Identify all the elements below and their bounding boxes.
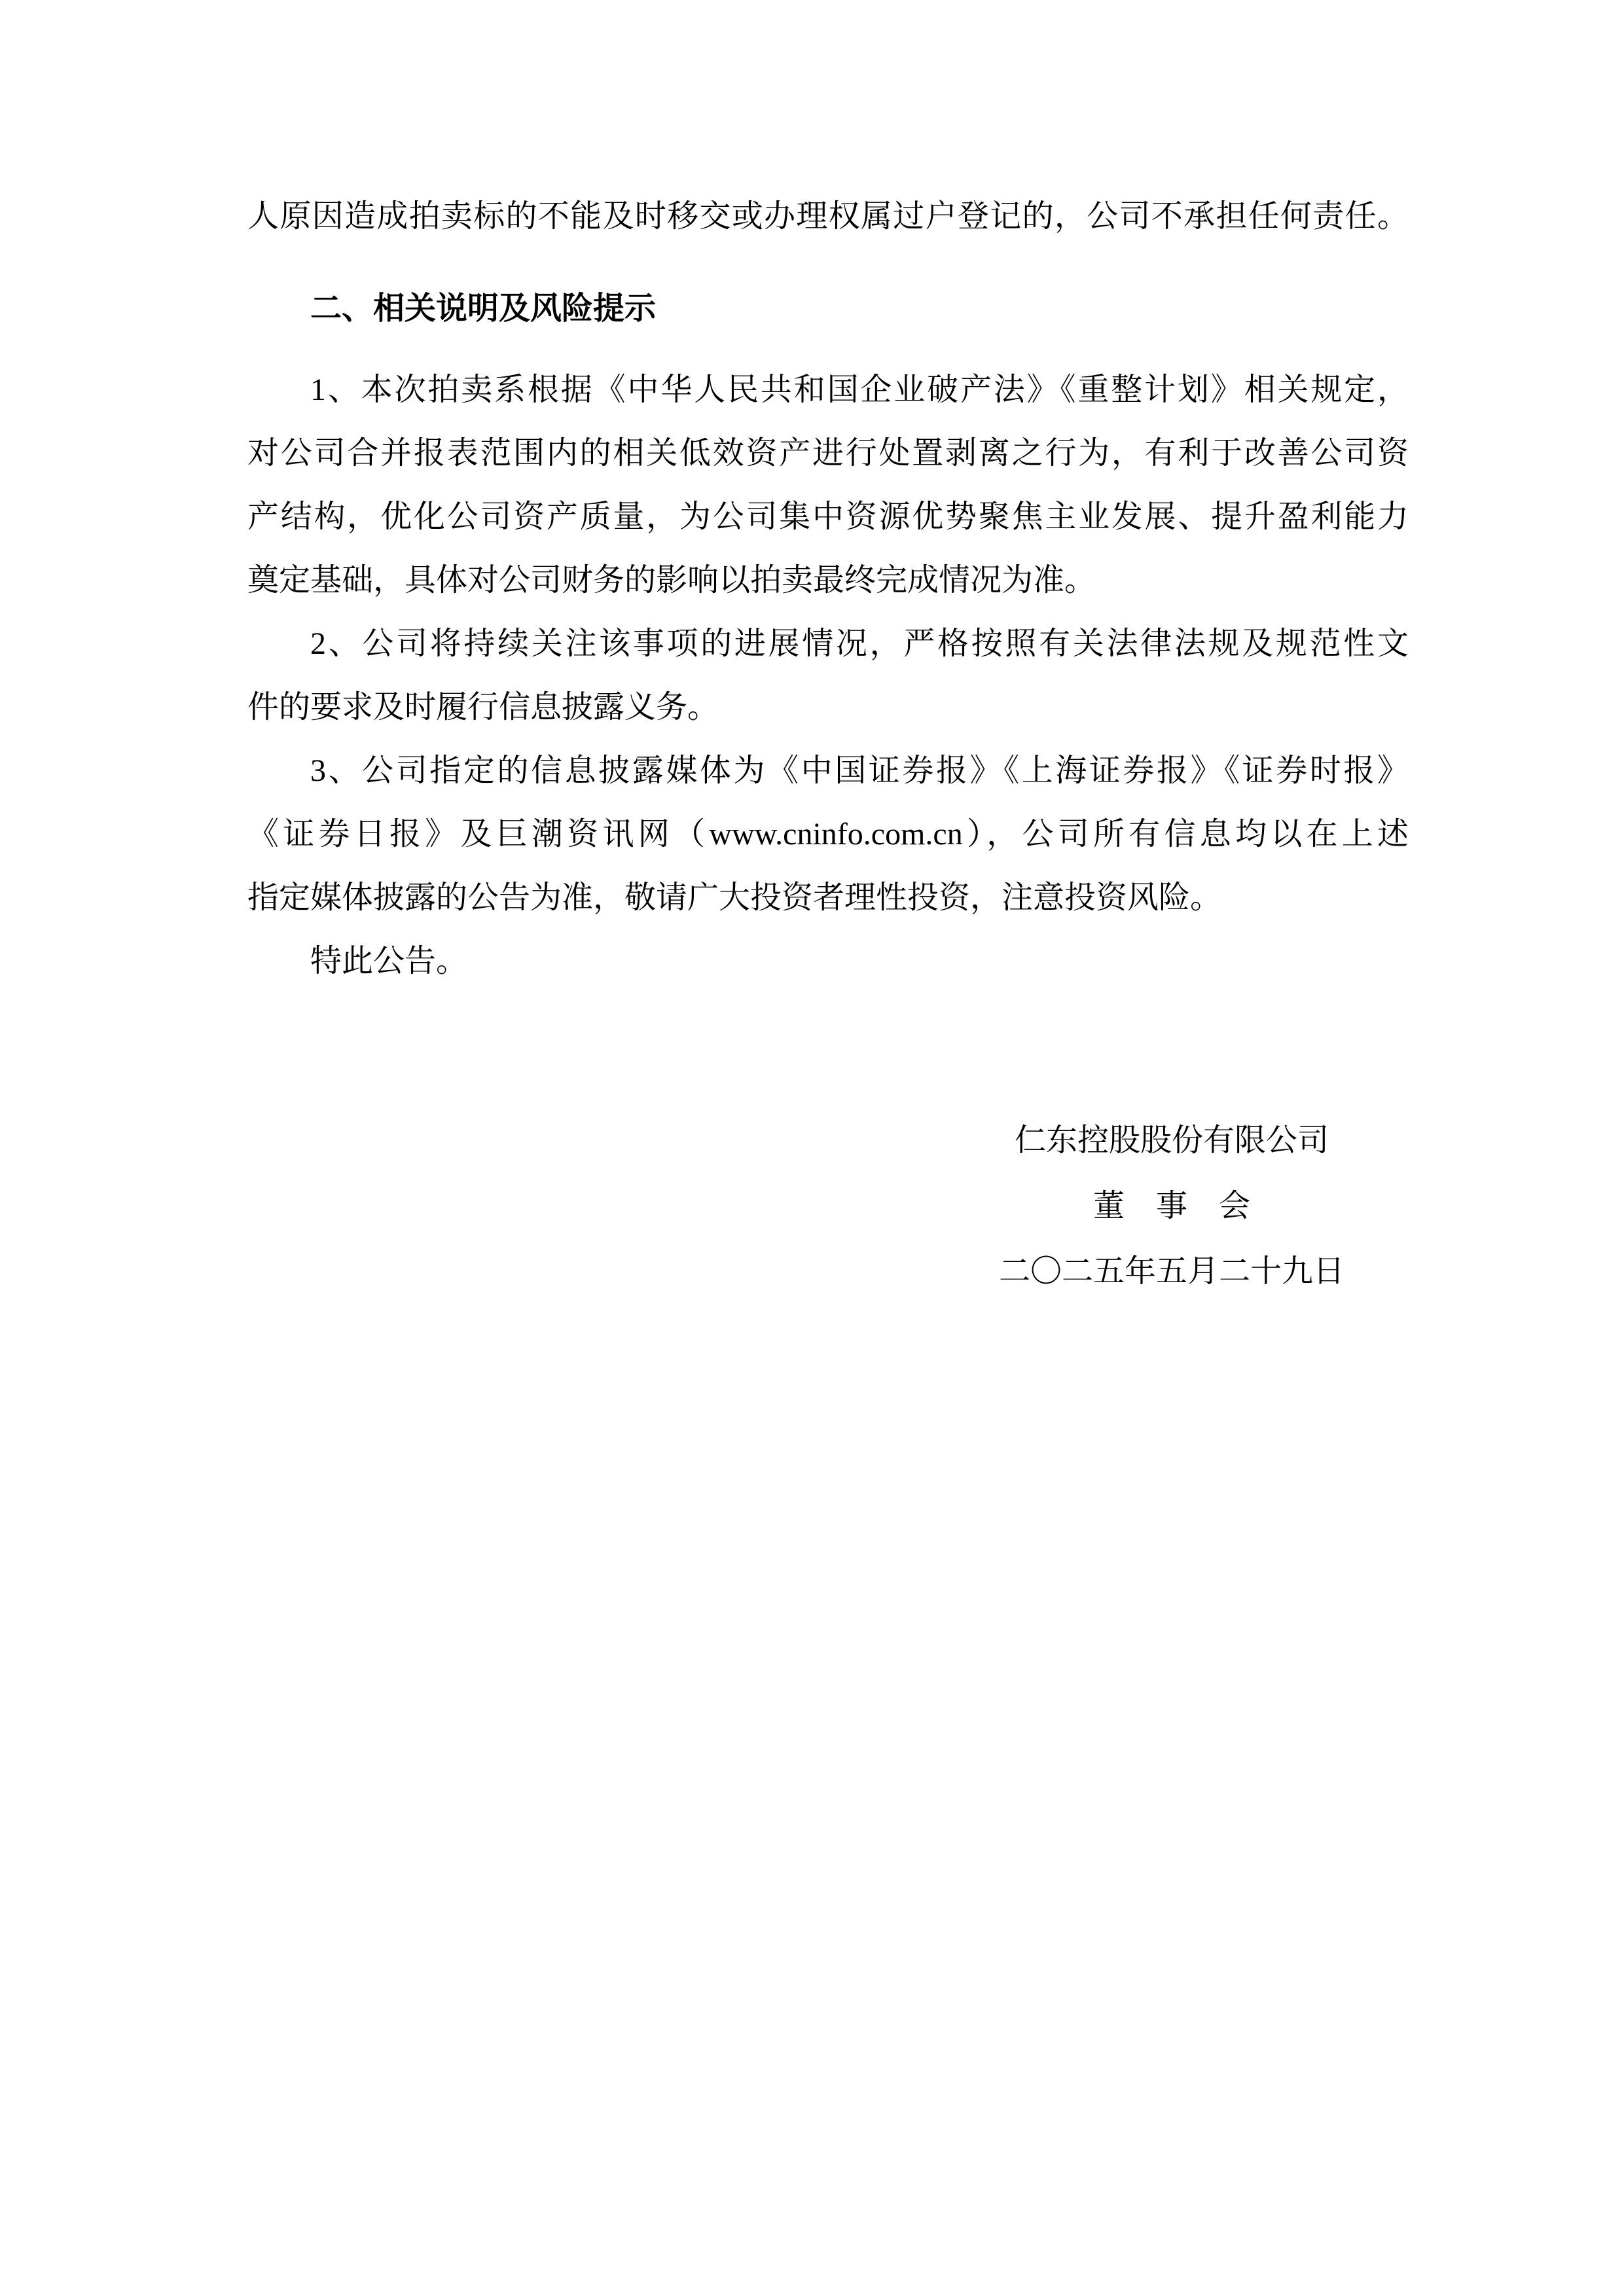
document-body: 1、本次拍卖系根据《中华人民共和国企业破产法》《重整计划》相关规定， 对公司合并… — [247, 358, 1409, 993]
signature-company: 仁东控股股份有限公司 — [812, 1108, 1532, 1174]
signature-date: 二〇二五年五月二十九日 — [812, 1239, 1532, 1304]
signature-block: 仁东控股股份有限公司 董 事 会 二〇二五年五月二十九日 — [812, 1108, 1532, 1304]
document-page: 人原因造成拍卖标的不能及时移交或办理权属过户登记的，公司不承担任何责任。 二、相… — [0, 0, 1624, 2296]
closing-line: 特此公告。 — [247, 929, 1409, 993]
paragraph-continuation-line: 人原因造成拍卖标的不能及时移交或办理权属过户登记的，公司不承担任何责任。 — [247, 185, 1409, 248]
body-line: 2、公司将持续关注该事项的进展情况，严格按照有关法律法规及规范性文 — [247, 612, 1409, 675]
body-line: 指定媒体披露的公告为准，敬请广大投资者理性投资，注意投资风险。 — [247, 866, 1409, 929]
body-line: 1、本次拍卖系根据《中华人民共和国企业破产法》《重整计划》相关规定， — [247, 358, 1409, 422]
body-line: 《证券日报》及巨潮资讯网（www.cninfo.com.cn），公司所有信息均以… — [247, 802, 1409, 866]
section-heading: 二、相关说明及风险提示 — [247, 277, 1409, 340]
body-line: 件的要求及时履行信息披露义务。 — [247, 675, 1409, 739]
signature-board: 董 事 会 — [812, 1174, 1532, 1239]
body-line: 产结构，优化公司资产质量，为公司集中资源优势聚焦主业发展、提升盈利能力 — [247, 485, 1409, 548]
body-line: 3、公司指定的信息披露媒体为《中国证券报》《上海证券报》《证券时报》 — [247, 739, 1409, 802]
body-line: 奠定基础，具体对公司财务的影响以拍卖最终完成情况为准。 — [247, 548, 1409, 612]
body-line: 对公司合并报表范围内的相关低效资产进行处置剥离之行为，有利于改善公司资 — [247, 422, 1409, 485]
